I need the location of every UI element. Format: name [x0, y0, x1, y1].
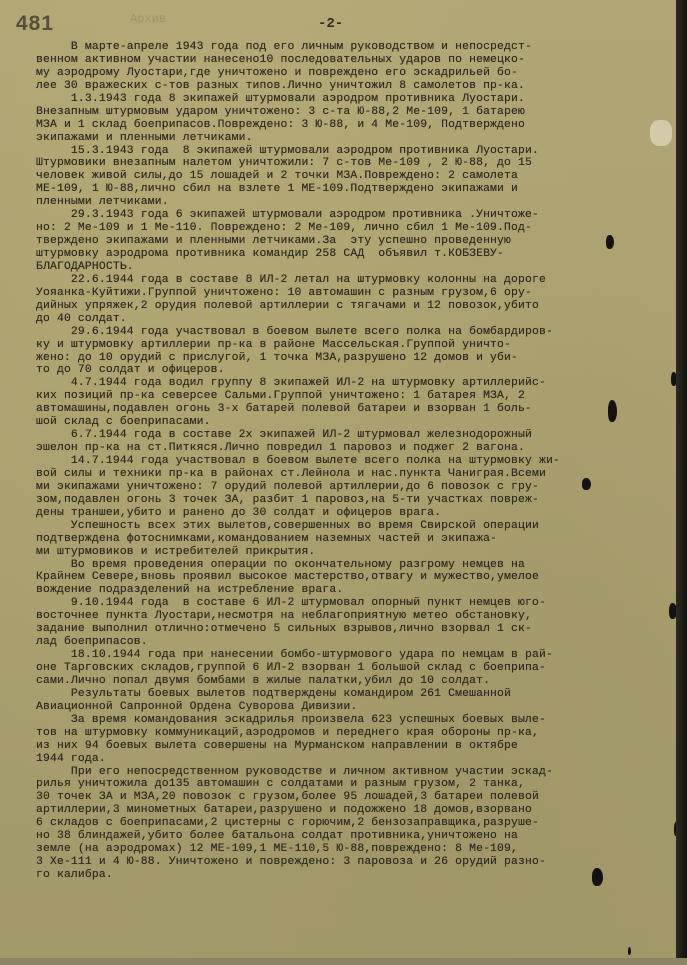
text-line: тов на штурмовку коммуникаций,аэродромов…	[36, 727, 656, 740]
archive-stamp: Архив	[130, 12, 166, 26]
text-line: 6 складов с боеприпасами,2 цистерны с го…	[36, 817, 656, 830]
text-line: эшелон пр-ка на ст.Питкяся.Лично повреди…	[36, 442, 656, 455]
text-line: венном активном участии нанесено10 после…	[36, 54, 656, 67]
text-line: вой силы и техники пр-ка в районах ст.Ле…	[36, 468, 656, 481]
text-line: Уояанка-Куйтижи.Группой уничтожено: 10 а…	[36, 287, 656, 300]
text-line: лад боеприпасов.	[36, 636, 656, 649]
text-line: 15.3.1943 года 8 экипажей штурмовали аэр…	[36, 145, 656, 158]
text-line: 9.10.1944 года в составе 6 ИЛ-2 штурмова…	[36, 597, 656, 610]
text-line: Крайнем Севере,вновь проявил высокое мас…	[36, 571, 656, 584]
text-line: жено: до 10 орудий с прислугой, 1 точка …	[36, 352, 656, 365]
text-line: МЗА и 1 склад боеприпасов.Повреждено: 3 …	[36, 119, 656, 132]
text-line: За время командования эскадрилья произве…	[36, 714, 656, 727]
text-line: рилья уничтожила до135 автомашин с солда…	[36, 778, 656, 791]
ink-blot	[592, 868, 603, 886]
text-line: артиллерии,3 минометных батареи,разрушен…	[36, 804, 656, 817]
ink-blot	[582, 478, 591, 490]
text-line: го калибра.	[36, 869, 656, 882]
text-line: 30 точек ЗА и МЗА,20 повозок с грузом,бо…	[36, 791, 656, 804]
text-line: му аэродрому Луостари,где уничтожено и п…	[36, 67, 656, 80]
text-line: штурмовку аэродрома противника командир …	[36, 248, 656, 261]
text-line: 14.7.1944 года участвовал в боевом вылет…	[36, 455, 656, 468]
text-line: При его непосредственном руководстве и л…	[36, 766, 656, 779]
text-line: пленными летчиками.	[36, 196, 656, 209]
text-line: но: 2 Ме-109 и 1 Ме-110. Повреждено: 2 М…	[36, 222, 656, 235]
text-line: подтверждена фотоснимками,командованием …	[36, 533, 656, 546]
text-line: оне Тарговских складов,группой 6 ИЛ-2 вз…	[36, 662, 656, 675]
text-line: ку и штурмовку артиллерии пр-ка в районе…	[36, 339, 656, 352]
document-page: 481 Архив -2- В марте-апреле 1943 года п…	[0, 0, 677, 958]
text-line: 6.7.1944 года в составе 2х экипажей ИЛ-2…	[36, 429, 656, 442]
text-line: 3 Хе-111 и 4 Ю-88. Уничтожено и поврежде…	[36, 856, 656, 869]
text-line: 29.6.1944 года участвовал в боевом вылет…	[36, 326, 656, 339]
text-line: то до 70 солдат и офицеров.	[36, 364, 656, 377]
text-line: до 40 солдат.	[36, 313, 656, 326]
text-line: 29.3.1943 года 6 экипажей штурмовали аэр…	[36, 209, 656, 222]
text-line: ми экипажами уничтожено: 7 орудий полево…	[36, 481, 656, 494]
text-line: БЛАГОДАРНОСТЬ.	[36, 261, 656, 274]
ink-blot	[606, 235, 614, 249]
text-line: Внезапным штурмовым ударом уничтожено: 3…	[36, 106, 656, 119]
ink-blot	[628, 947, 631, 955]
text-line: лее 30 вражеских с-тов разных типов.Личн…	[36, 80, 656, 93]
text-line: В марте-апреле 1943 года под его личным …	[36, 41, 656, 54]
text-line: Во время проведения операции по окончате…	[36, 559, 656, 572]
text-line: земле (на аэродромах) 12 МЕ-109,1 МЕ-110…	[36, 843, 656, 856]
scan-edge-bottom	[0, 958, 687, 965]
text-line: человек живой силы,до 15 лошадей и 2 точ…	[36, 170, 656, 183]
text-line: ких позиций пр-ка северсее Сальми.Группо…	[36, 390, 656, 403]
text-line: из них 94 боевых вылета совершены на Мур…	[36, 740, 656, 753]
text-line: дены траншеи,убито и ранено до 30 солдат…	[36, 507, 656, 520]
text-line: зом,подавлен огонь 3 точек ЗА, разбит 1 …	[36, 494, 656, 507]
text-line: экипажами и пленными летчиками.	[36, 132, 656, 145]
text-line: задание выполнил отлично:отмечено 5 силь…	[36, 623, 656, 636]
paper-tear	[650, 120, 672, 146]
scan-edge-right	[676, 0, 687, 965]
text-line: автомашины,подавлен огонь 3-х батарей по…	[36, 403, 656, 416]
text-line: МЕ-109, 1 Ю-88,лично сбил на взлете 1 МЕ…	[36, 183, 656, 196]
document-body: В марте-апреле 1943 года под его личным …	[36, 41, 656, 882]
text-line: но 38 блиндажей,убито более батальона со…	[36, 830, 656, 843]
text-line: сами.Лично попал двумя бомбами в жилые п…	[36, 675, 656, 688]
text-line: 1944 года.	[36, 753, 656, 766]
text-line: шой склад с боеприпасами.	[36, 416, 656, 429]
page-number: -2-	[318, 16, 343, 32]
text-line: тверждено экипажами и пленными летчиками…	[36, 235, 656, 248]
text-line: Авиационной Сапронной Ордена Суворова Ди…	[36, 701, 656, 714]
text-line: дийных упряжек,2 орудия полевой артиллер…	[36, 300, 656, 313]
text-line: 18.10.1944 года при нанесении бомбо-штур…	[36, 649, 656, 662]
ink-blot	[608, 400, 617, 422]
text-line: вождение подразделений на истребление вр…	[36, 584, 656, 597]
text-line: 1.3.1943 года 8 экипажей штурмовали аэро…	[36, 93, 656, 106]
text-line: Штурмовики внезапным налетом уничтожили:…	[36, 157, 656, 170]
text-line: 4.7.1944 года водил группу 8 экипажей ИЛ…	[36, 377, 656, 390]
text-line: восточнее пункта Луостари,несмотря на не…	[36, 610, 656, 623]
text-line: ми штурмовиков и истребителей прикрытия.	[36, 546, 656, 559]
text-line: 22.6.1944 года в составе 8 ИЛ-2 летал на…	[36, 274, 656, 287]
text-line: Результаты боевых вылетов подтверждены к…	[36, 688, 656, 701]
archive-sheet-number: 481	[16, 12, 54, 36]
text-line: Успешность всех этих вылетов,совершенных…	[36, 520, 656, 533]
